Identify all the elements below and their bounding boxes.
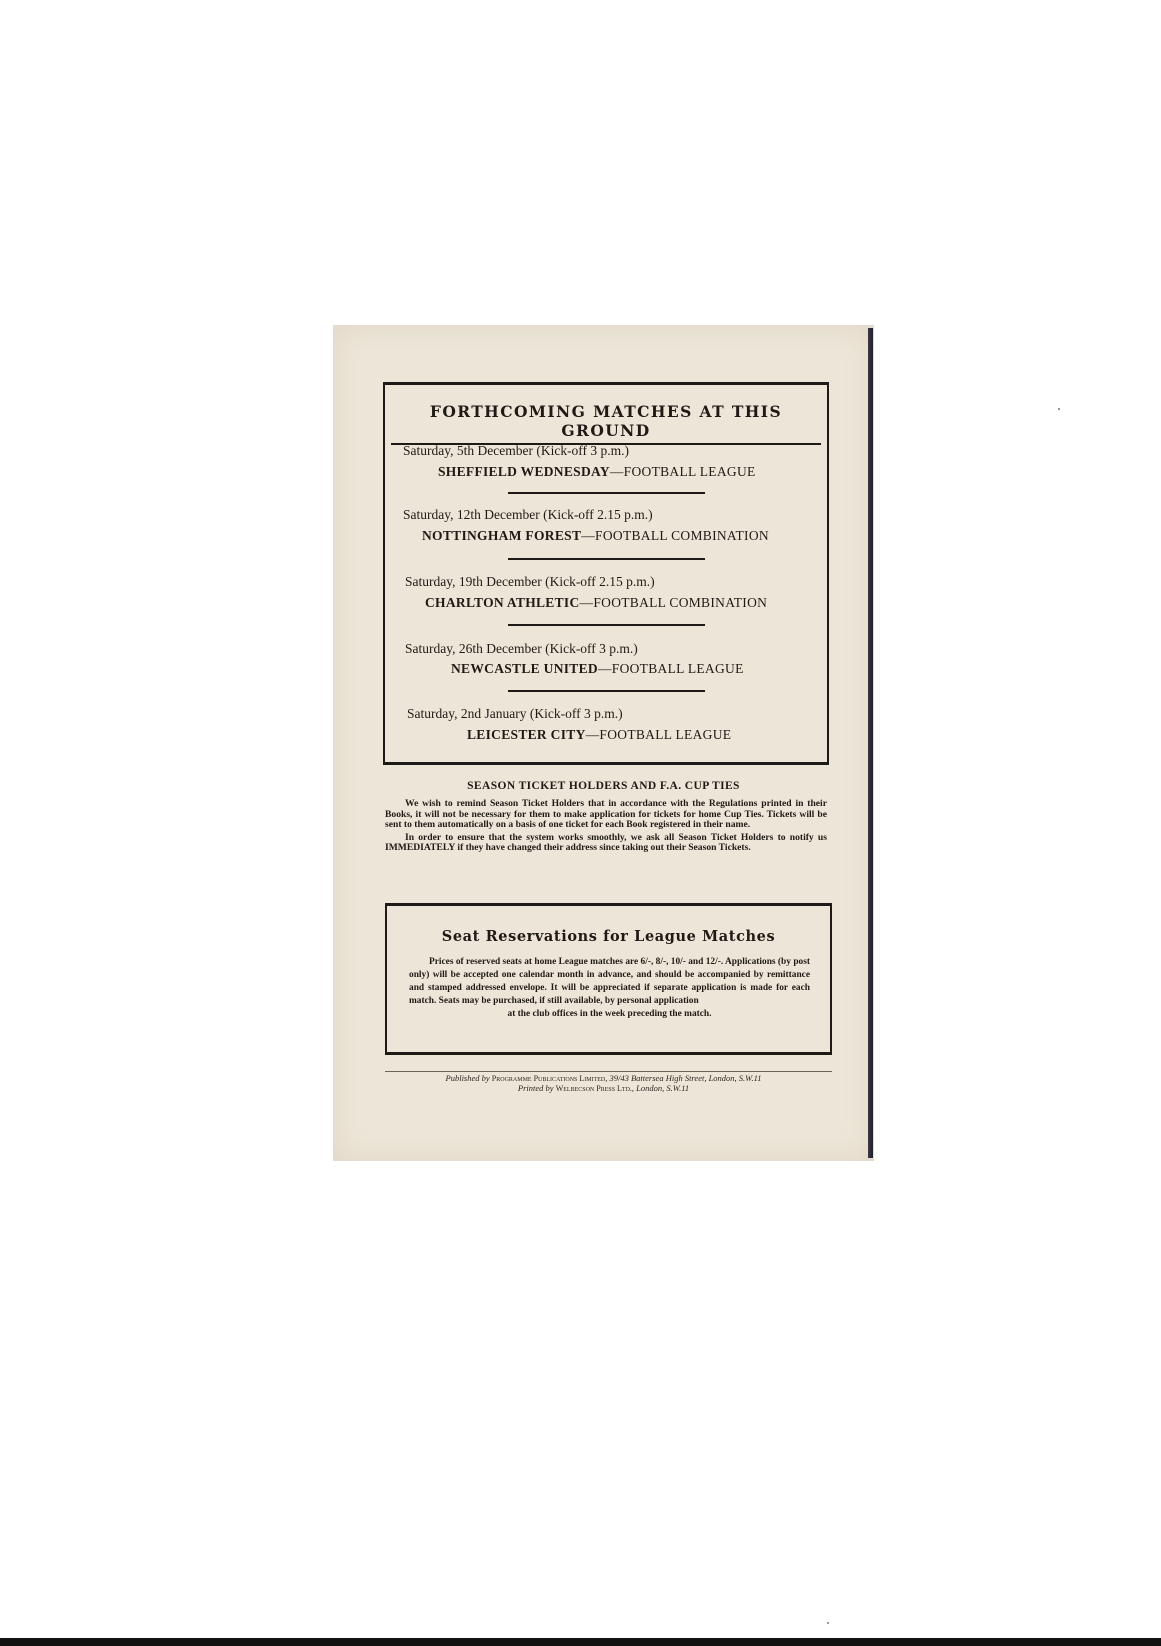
season-ticket-paragraph: We wish to remind Season Ticket Holders …	[385, 799, 827, 831]
scan-speck	[827, 1622, 829, 1624]
printer-address: , London, S.W.11	[632, 1083, 689, 1093]
match-date: Saturday, 26th December (Kick-off 3 p.m.…	[405, 641, 638, 657]
seat-reservations-box: Seat Reservations for League Matches Pri…	[385, 903, 832, 1055]
match-fixture: LEICESTER CITY—FOOTBALL LEAGUE	[467, 727, 731, 743]
match-competition: —FOOTBALL COMBINATION	[580, 595, 768, 610]
match-team: LEICESTER CITY	[467, 727, 586, 742]
match-divider	[508, 492, 705, 494]
match-fixture: NOTTINGHAM FOREST—FOOTBALL COMBINATION	[422, 528, 769, 544]
scan-bottom-edge	[0, 1638, 1161, 1646]
match-divider	[508, 690, 705, 692]
match-fixture: SHEFFIELD WEDNESDAY—FOOTBALL LEAGUE	[438, 464, 756, 480]
printer-line: Printed by Welbecson Press Ltd., London,…	[333, 1084, 874, 1094]
match-team: CHARLTON ATHLETIC	[425, 595, 580, 610]
seat-reservations-body: Prices of reserved seats at home League …	[409, 957, 810, 1006]
match-competition: —FOOTBALL LEAGUE	[610, 464, 756, 479]
programme-page: FORTHCOMING MATCHES AT THIS GROUND Satur…	[333, 325, 874, 1161]
match-date: Saturday, 5th December (Kick-off 3 p.m.)	[403, 443, 629, 459]
match-team: NOTTINGHAM FOREST	[422, 528, 581, 543]
season-ticket-heading: SEASON TICKET HOLDERS AND F.A. CUP TIES	[333, 780, 874, 792]
imprint-footer: Published by Programme Publications Limi…	[333, 1074, 874, 1093]
match-team: NEWCASTLE UNITED	[451, 661, 598, 676]
match-team: SHEFFIELD WEDNESDAY	[438, 464, 610, 479]
match-competition: —FOOTBALL LEAGUE	[586, 727, 732, 742]
seat-reservations-text: Prices of reserved seats at home League …	[409, 956, 810, 1021]
forthcoming-matches-box: FORTHCOMING MATCHES AT THIS GROUND Satur…	[383, 382, 829, 765]
match-divider	[508, 624, 705, 626]
match-fixture: NEWCASTLE UNITED—FOOTBALL LEAGUE	[451, 661, 744, 677]
match-competition: —FOOTBALL LEAGUE	[598, 661, 744, 676]
publisher-prefix: Published by	[446, 1073, 492, 1083]
match-fixture: CHARLTON ATHLETIC—FOOTBALL COMBINATION	[425, 595, 767, 611]
printer-name: Welbecson Press Ltd.	[556, 1084, 632, 1093]
seat-reservations-title: Seat Reservations for League Matches	[387, 928, 830, 945]
publisher-address: , 39/43 Battersea High Street, London, S…	[605, 1073, 761, 1083]
seat-reservations-last-line: at the club offices in the week precedin…	[409, 1008, 810, 1021]
match-date: Saturday, 2nd January (Kick-off 3 p.m.)	[407, 706, 623, 722]
forthcoming-matches-title: FORTHCOMING MATCHES AT THIS GROUND	[391, 402, 821, 445]
match-divider	[508, 558, 705, 560]
scan-speck	[1058, 408, 1060, 410]
match-competition: —FOOTBALL COMBINATION	[581, 528, 769, 543]
match-date: Saturday, 19th December (Kick-off 2.15 p…	[405, 574, 655, 590]
page-spine-edge	[868, 328, 873, 1158]
season-ticket-paragraph: In order to ensure that the system works…	[385, 833, 827, 854]
printer-prefix: Printed by	[518, 1083, 556, 1093]
season-ticket-notice: We wish to remind Season Ticket Holders …	[385, 799, 827, 856]
footer-divider	[385, 1071, 832, 1072]
publisher-line: Published by Programme Publications Limi…	[333, 1074, 874, 1084]
match-date: Saturday, 12th December (Kick-off 2.15 p…	[403, 507, 653, 523]
